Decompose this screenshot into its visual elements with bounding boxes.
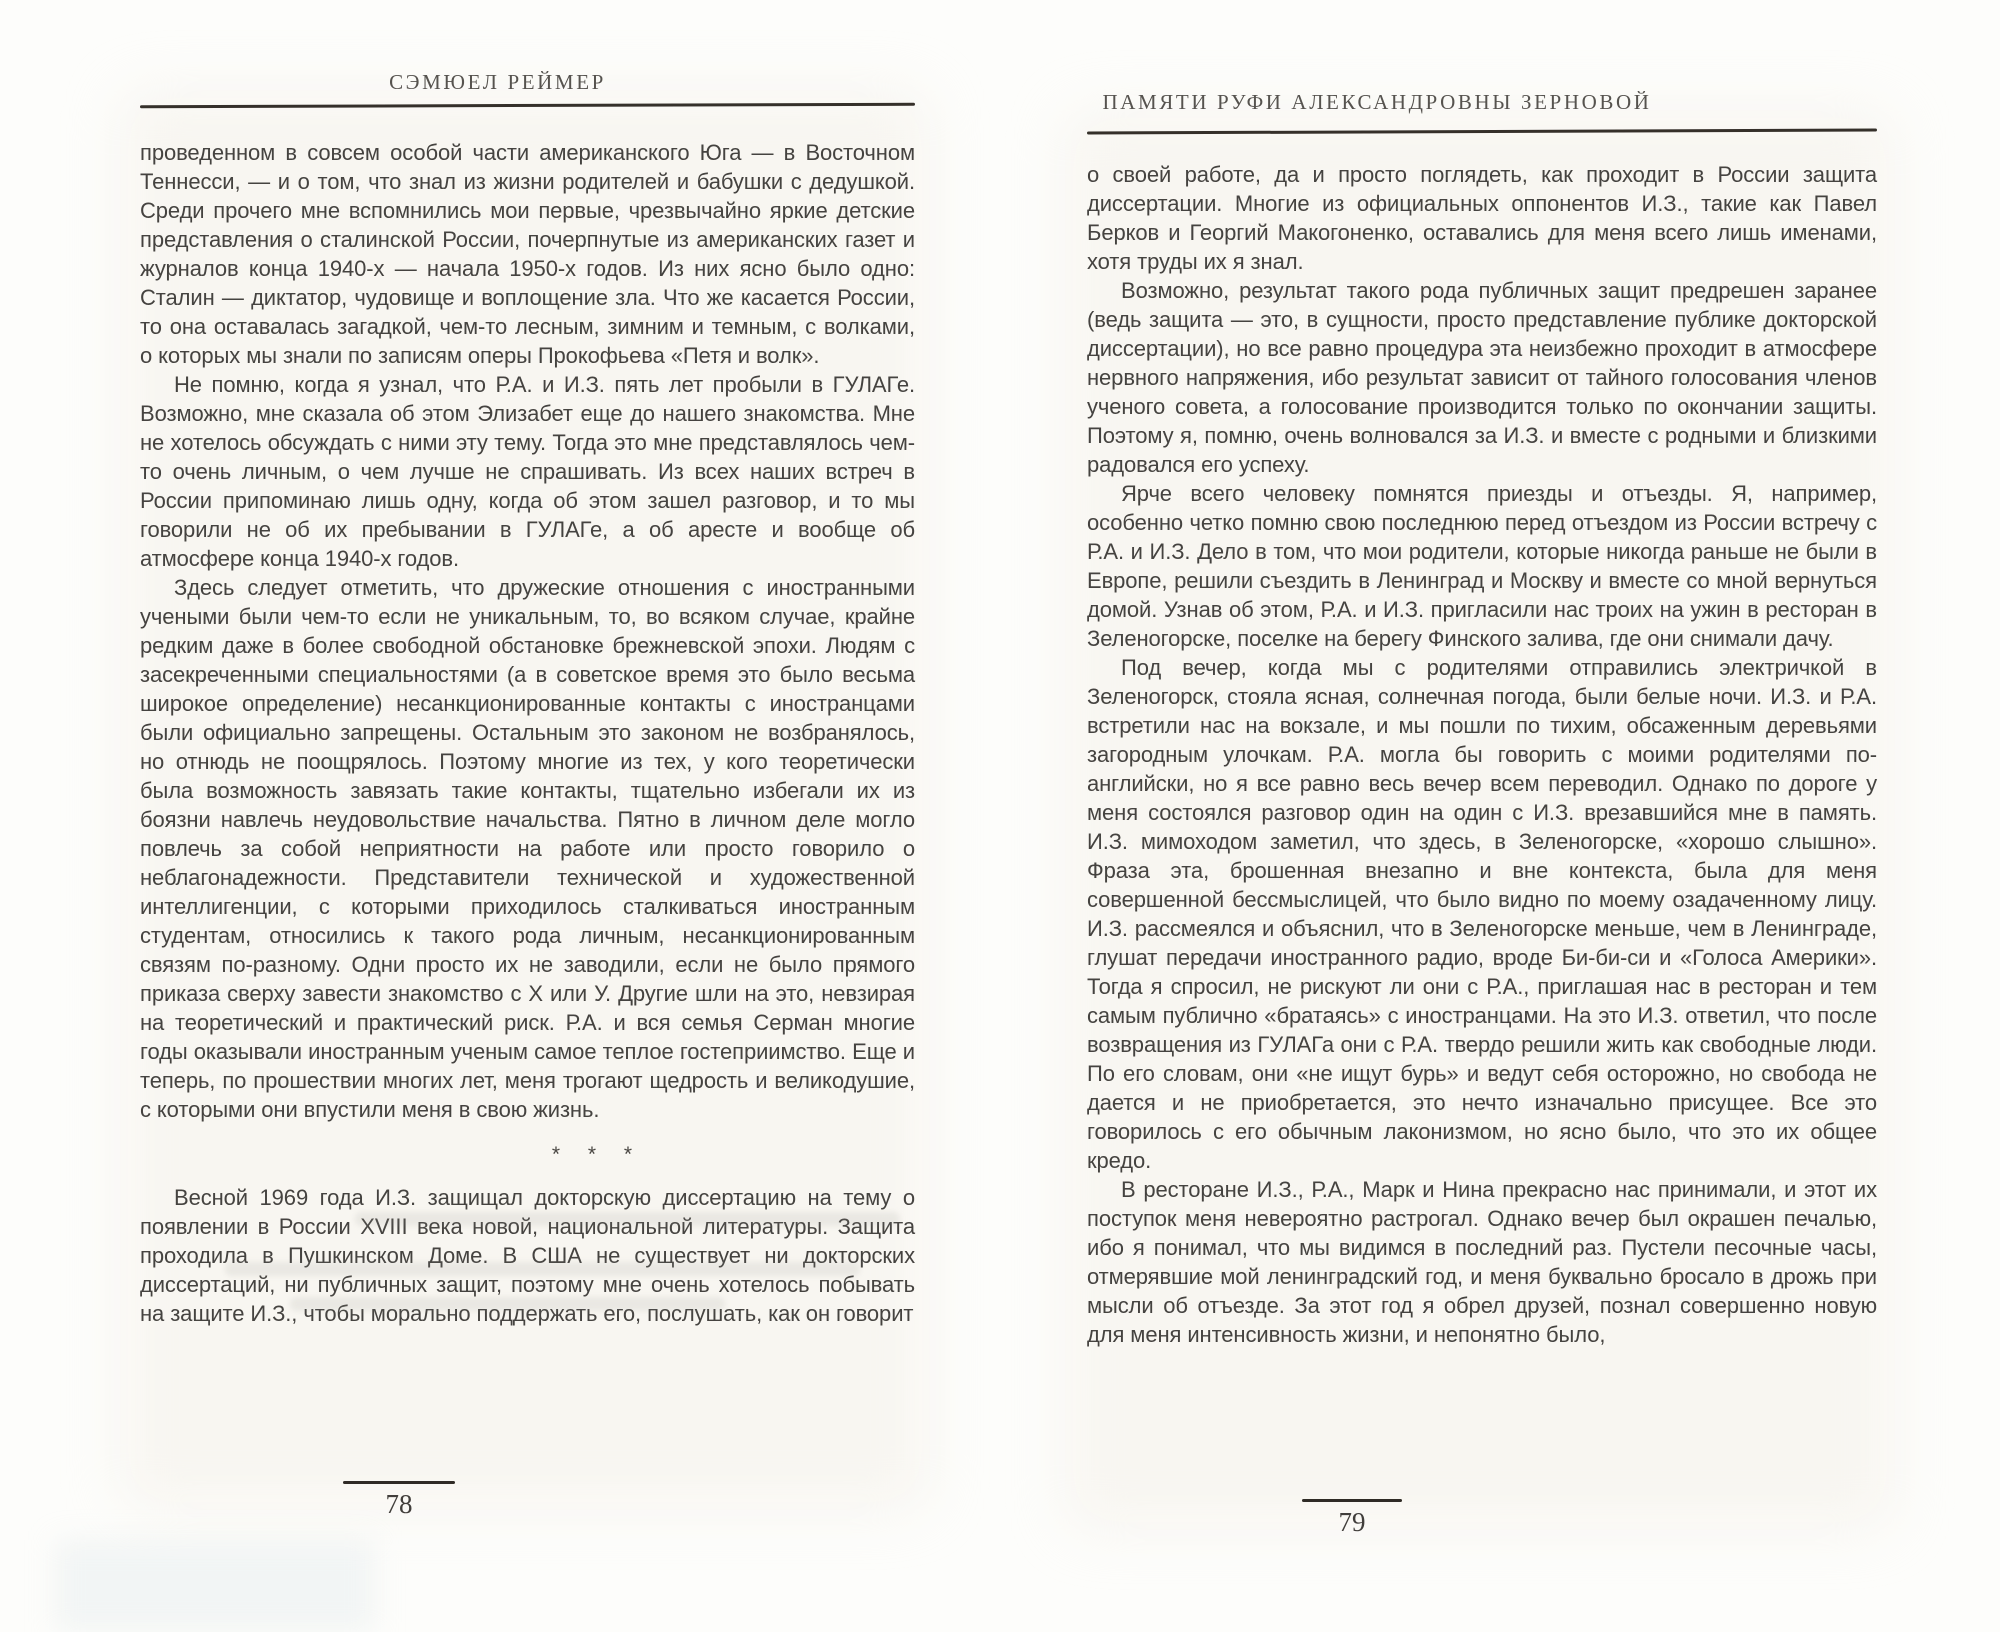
text-paragraph: проведенном в совсем особой части америк… — [140, 138, 915, 370]
text-paragraph: Под вечер, когда мы с родителями отправи… — [1087, 653, 1877, 1175]
section-divider: * * * — [210, 1140, 985, 1169]
folio-rule — [343, 1481, 455, 1484]
folio-rule — [1302, 1499, 1402, 1502]
page-number: 78 — [343, 1489, 455, 1520]
page-left: СЭМЮЕЛ РЕЙМЕР проведенном в совсем особо… — [140, 0, 915, 1632]
text-paragraph: Ярче всего человеку помнятся приезды и о… — [1087, 479, 1877, 653]
showthrough-text — [290, 1297, 725, 1311]
text-paragraph: В ресторане И.З., Р.А., Марк и Нина прек… — [1087, 1175, 1877, 1349]
showthrough-text — [225, 1262, 860, 1276]
page-body: проведенном в совсем особой части америк… — [140, 138, 915, 1328]
text-paragraph: Возможно, результат такого рода публичны… — [1087, 276, 1877, 479]
page-right: ПАМЯТИ РУФИ АЛЕКСАНДРОВНЫ ЗЕРНОВОЙ о сво… — [1087, 0, 1877, 1632]
book-spread-scan: СЭМЮЕЛ РЕЙМЕР проведенном в совсем особо… — [0, 0, 2000, 1632]
page-number: 79 — [1302, 1507, 1402, 1538]
running-head-rule — [1087, 128, 1877, 134]
text-paragraph: Здесь следует отметить, что дружеские от… — [140, 573, 915, 1124]
text-paragraph: Не помню, когда я узнал, что Р.А. и И.З.… — [140, 370, 915, 573]
text-paragraph: о своей работе, да и просто поглядеть, к… — [1087, 160, 1877, 276]
running-head: ПАМЯТИ РУФИ АЛЕКСАНДРОВНЫ ЗЕРНОВОЙ — [982, 90, 1772, 115]
showthrough-text — [355, 1212, 900, 1226]
running-head-rule — [140, 103, 915, 108]
page-body: о своей работе, да и просто поглядеть, к… — [1087, 160, 1877, 1349]
running-head: СЭМЮЕЛ РЕЙМЕР — [110, 70, 885, 95]
